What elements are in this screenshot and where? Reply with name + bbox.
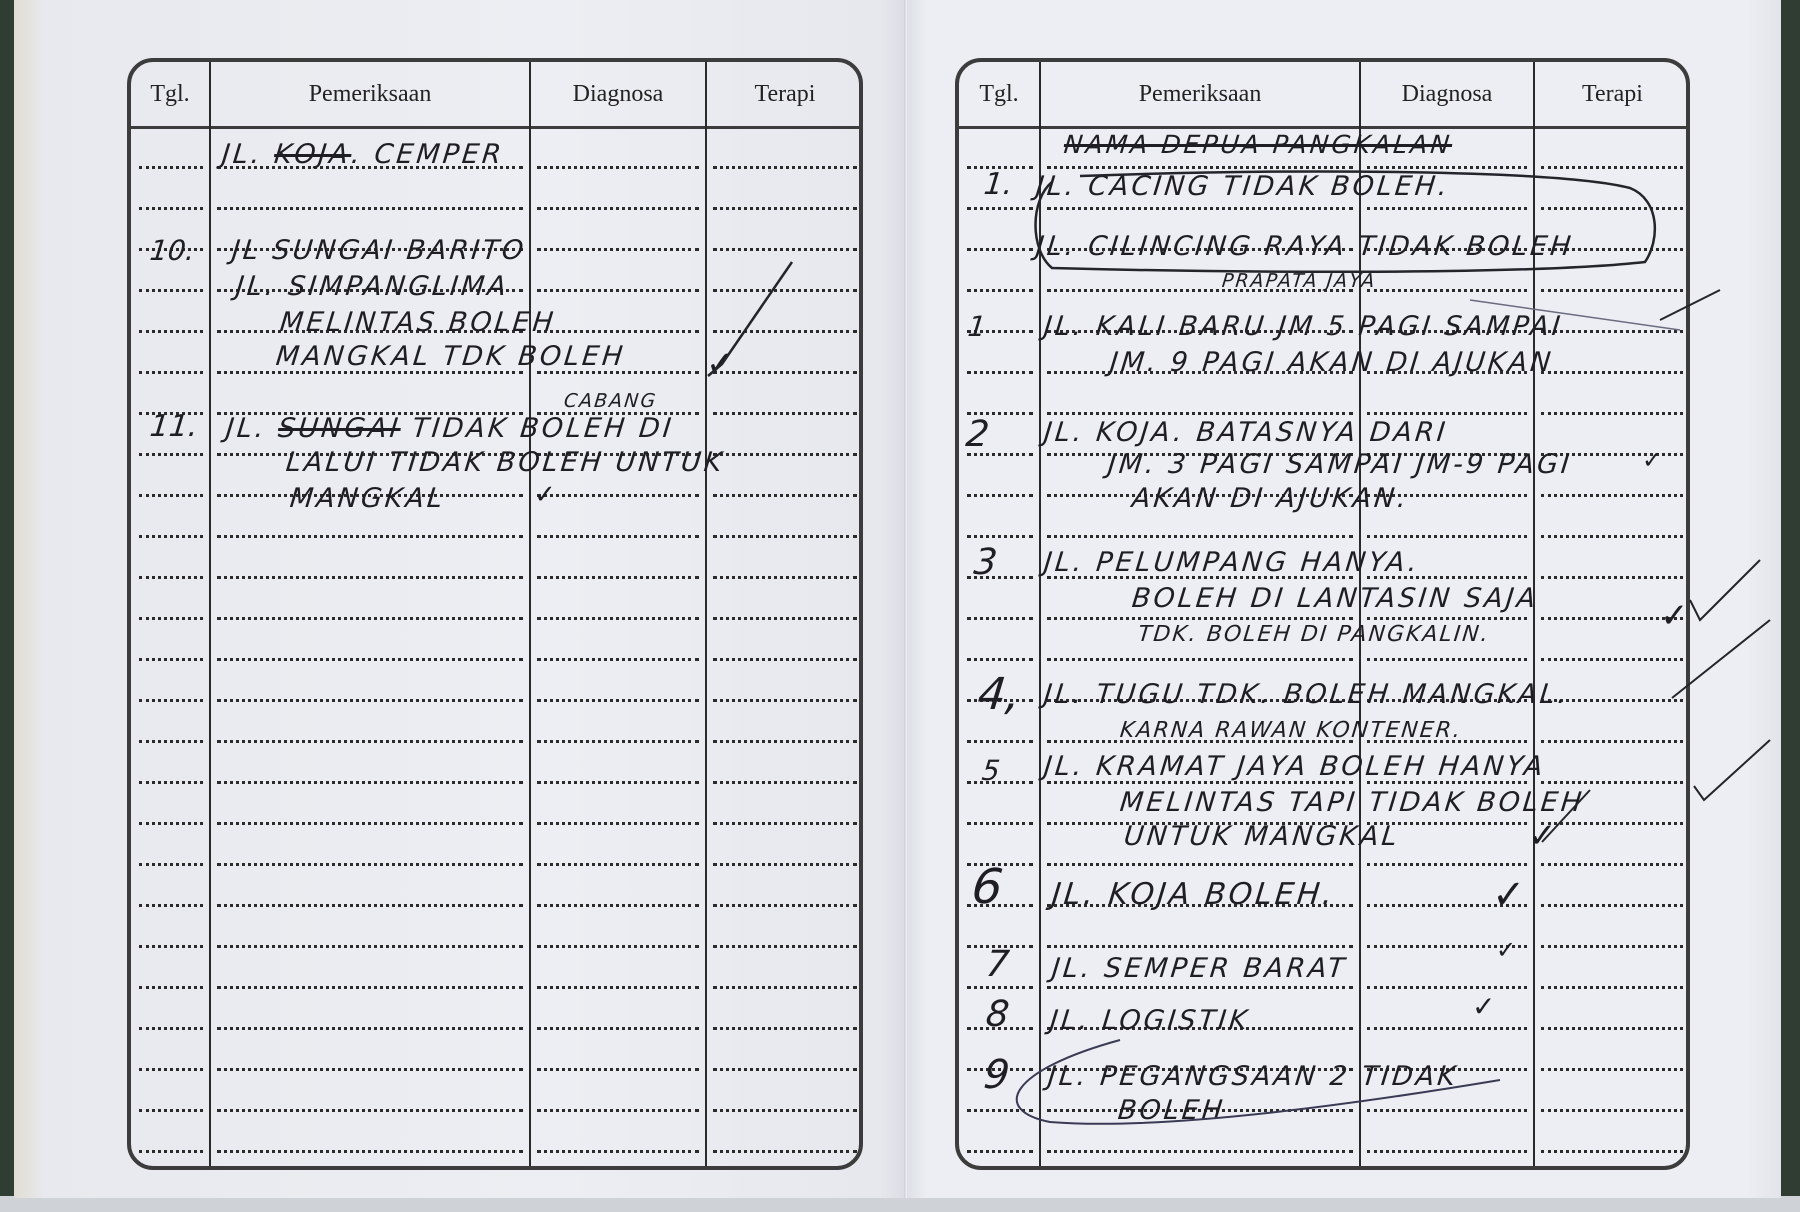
ruled-line	[1047, 658, 1353, 661]
ruled-line	[537, 494, 699, 497]
table-header: Tgl. Pemeriksaan Diagnosa Terapi	[959, 62, 1686, 129]
ruled-line	[1047, 1150, 1353, 1153]
ruled-line	[1541, 576, 1683, 579]
handwritten-line: JL. TUGU TDK. BOLEH MANGKAL.	[1042, 680, 1570, 710]
ruled-line	[713, 576, 857, 579]
ruled-line	[1541, 822, 1683, 825]
ruled-line	[1367, 535, 1527, 538]
handwritten-text: . CEMPER	[350, 139, 506, 170]
ruled-line	[1541, 412, 1683, 415]
entry-date: 10.	[148, 236, 196, 266]
check-mark: ✓	[706, 344, 735, 384]
ruled-line	[967, 822, 1033, 825]
ruled-line	[139, 658, 203, 661]
ruled-line	[713, 248, 857, 251]
ruled-line	[1367, 412, 1527, 415]
handwritten-text: JL.	[220, 139, 264, 170]
struck-text: SUNGAI	[277, 413, 403, 444]
table-header: Tgl. Pemeriksaan Diagnosa Terapi	[131, 62, 859, 129]
ruled-line	[537, 1150, 699, 1153]
ruled-line	[217, 1027, 523, 1030]
ruled-line	[139, 453, 203, 456]
ruled-line	[713, 945, 857, 948]
ruled-line	[713, 289, 857, 292]
ruled-line	[139, 330, 203, 333]
ruled-line	[537, 248, 699, 251]
check-mark: ✓	[1496, 936, 1516, 964]
ruled-line	[537, 740, 699, 743]
ruled-line	[1367, 986, 1527, 989]
ruled-line	[1047, 986, 1353, 989]
ruled-line	[1541, 1109, 1683, 1112]
ruled-line	[139, 822, 203, 825]
ruled-line	[1541, 986, 1683, 989]
ruled-line	[217, 699, 523, 702]
ruled-line	[1541, 289, 1683, 292]
check-mark: ✓	[1492, 872, 1526, 918]
handwritten-line: LALUI TIDAK BOLEH UNTUK	[284, 448, 726, 478]
handwritten-line: JL. CACING TIDAK BOLEH.	[1034, 172, 1451, 202]
column-header-pemeriksaan: Pemeriksaan	[1041, 62, 1359, 126]
ruled-line	[217, 822, 523, 825]
handwritten-line: UNTUK MANGKAL	[1122, 822, 1401, 852]
ruled-line	[217, 781, 523, 784]
ruled-line	[967, 494, 1033, 497]
handwritten-line: JL. KOJA. BATASNYA DARI	[1042, 418, 1449, 448]
ruled-line	[1541, 1150, 1683, 1153]
ruled-line	[713, 453, 857, 456]
handwritten-line: PRAPATA JAYA	[1220, 266, 1378, 296]
ledger-table-right: Tgl. Pemeriksaan Diagnosa Terapi	[955, 58, 1690, 1170]
handwritten-line: KARNA RAWAN KONTENER.	[1118, 716, 1463, 746]
ruled-line	[1367, 166, 1527, 169]
ruled-line	[537, 822, 699, 825]
ruled-line	[537, 986, 699, 989]
handwritten-line: BOLEH DI LANTASIN SAJA	[1130, 584, 1539, 614]
ruled-line	[139, 166, 203, 169]
check-mark: ✓	[1528, 816, 1557, 856]
handwritten-line: JL. KRAMAT JAYA BOLEH HANYA	[1042, 752, 1547, 782]
ruled-line	[1047, 207, 1353, 210]
ruled-line	[1541, 1068, 1683, 1071]
ruled-line	[217, 740, 523, 743]
ruled-line	[139, 740, 203, 743]
ruled-line	[139, 781, 203, 784]
column-header-pemeriksaan: Pemeriksaan	[211, 62, 529, 126]
struck-text: KOJA	[273, 139, 353, 170]
entry-date: 1.	[982, 170, 1014, 200]
ruled-line	[967, 371, 1033, 374]
handwritten-line: TDK. BOLEH DI PANGKALIN.	[1136, 620, 1491, 650]
handwritten-line: BOLEH	[1116, 1096, 1226, 1126]
ruled-line	[537, 781, 699, 784]
notebook-cover-edge	[0, 1196, 1800, 1212]
ruled-line	[1541, 863, 1683, 866]
ruled-line	[139, 617, 203, 620]
ruled-line	[1541, 781, 1683, 784]
ruled-line	[713, 904, 857, 907]
ruled-line	[1541, 494, 1683, 497]
handwritten-line: JL. PEGANGSAAN 2 TIDAK	[1046, 1062, 1459, 1092]
handwritten-line: JL. CILINCING RAYA TIDAK BOLEH	[1034, 232, 1575, 262]
ruled-line	[967, 658, 1033, 661]
ruled-line	[1541, 658, 1683, 661]
column-header-diagnosa: Diagnosa	[531, 62, 705, 126]
ruled-line	[217, 1068, 523, 1071]
ruled-line	[139, 1068, 203, 1071]
column-header-diagnosa: Diagnosa	[1361, 62, 1533, 126]
check-mark: ✓	[1472, 990, 1495, 1023]
ruled-line	[139, 863, 203, 866]
ruled-line	[537, 658, 699, 661]
column-header-terapi: Terapi	[1535, 62, 1690, 126]
handwritten-line: MELINTAS BOLEH	[278, 308, 557, 338]
ruled-line	[537, 863, 699, 866]
ruled-line	[139, 576, 203, 579]
ruled-line	[1367, 1109, 1527, 1112]
ruled-line	[537, 166, 699, 169]
entry-date: 7	[984, 950, 1010, 980]
check-mark: ✓	[1642, 446, 1662, 474]
handwritten-text: JL.	[224, 413, 268, 444]
ruled-line	[713, 330, 857, 333]
ruled-line	[713, 617, 857, 620]
ruled-line	[713, 1027, 857, 1030]
ruled-line	[537, 1027, 699, 1030]
column-divider	[1533, 62, 1535, 1166]
ruled-line	[713, 740, 857, 743]
ruled-line	[217, 658, 523, 661]
ruled-line	[537, 535, 699, 538]
ruled-line	[1541, 166, 1683, 169]
ruled-line	[217, 535, 523, 538]
ruled-line	[139, 1150, 203, 1153]
ruled-line	[967, 289, 1033, 292]
ruled-line	[1541, 371, 1683, 374]
entry-date: 2	[964, 420, 990, 450]
handwritten-line: JL. SEMPER BARAT	[1050, 954, 1348, 984]
ruled-line	[537, 207, 699, 210]
ruled-line	[537, 945, 699, 948]
entry-date: 11.	[148, 412, 199, 442]
ruled-line	[1367, 1027, 1527, 1030]
handwritten-line: JL. SIMPANGLIMA	[234, 272, 510, 302]
ruled-line	[967, 617, 1033, 620]
ruled-line	[217, 207, 523, 210]
entry-date: 1	[966, 312, 987, 342]
ruled-line	[537, 330, 699, 333]
ruled-line	[1367, 289, 1527, 292]
handwritten-line: JM. 9 PAGI AKAN DI AJUKAN	[1108, 348, 1555, 378]
ruled-line	[217, 1150, 523, 1153]
ruled-line	[1047, 863, 1353, 866]
ruled-line	[967, 986, 1033, 989]
handwritten-line: MANGKAL TDK BOLEH	[274, 342, 627, 372]
entry-date: 5	[980, 756, 1001, 786]
ruled-line	[139, 1027, 203, 1030]
ruled-line	[1367, 207, 1527, 210]
ruled-line	[139, 535, 203, 538]
check-mark: ✓	[534, 480, 556, 510]
ruled-line	[139, 371, 203, 374]
ruled-line	[217, 1109, 523, 1112]
ruled-line	[967, 207, 1033, 210]
ruled-line	[537, 904, 699, 907]
ruled-line	[139, 1109, 203, 1112]
ruled-line	[217, 576, 523, 579]
ruled-line	[139, 699, 203, 702]
entry-date: 8	[984, 1000, 1010, 1030]
ruled-line	[1367, 1150, 1527, 1153]
ruled-line	[217, 986, 523, 989]
ruled-line	[967, 740, 1033, 743]
handwritten-line: JL SUNGAI BARITO	[230, 236, 527, 266]
ruled-line	[139, 494, 203, 497]
ruled-line	[1541, 740, 1683, 743]
ruled-line	[537, 576, 699, 579]
handwritten-line: AKAN DI AJUKAN.	[1130, 484, 1410, 514]
struck-heading: NAMA DEPUA PANGKALAN	[1062, 130, 1453, 160]
ruled-line	[1541, 945, 1683, 948]
ruled-line	[713, 166, 857, 169]
column-header-terapi: Terapi	[707, 62, 863, 126]
ruled-line	[139, 289, 203, 292]
ruled-line	[713, 863, 857, 866]
ruled-line	[139, 945, 203, 948]
ruled-line	[713, 494, 857, 497]
ruled-line	[967, 1109, 1033, 1112]
handwritten-line: MANGKAL	[288, 484, 446, 514]
inserted-word: CABANG	[562, 386, 658, 416]
ruled-line	[967, 1150, 1033, 1153]
handwritten-line: MELINTAS TAPI TIDAK BOLEH	[1118, 788, 1585, 818]
ruled-line	[1047, 412, 1353, 415]
column-header-tgl: Tgl.	[959, 62, 1039, 126]
ruled-line	[713, 535, 857, 538]
ruled-line	[1047, 535, 1353, 538]
ruled-line	[713, 986, 857, 989]
ruled-line	[217, 617, 523, 620]
ruled-line	[1047, 166, 1353, 169]
ruled-line	[713, 658, 857, 661]
ruled-line	[713, 1068, 857, 1071]
handwritten-text: TIDAK BOLEH DI	[411, 413, 676, 444]
column-divider	[705, 62, 707, 1166]
entry-date: 3	[972, 548, 998, 578]
ruled-line	[139, 904, 203, 907]
handwritten-line: JL. KOJA BOLEH.	[1050, 880, 1336, 910]
entry-date: 9	[982, 1060, 1011, 1090]
ruled-line	[217, 904, 523, 907]
ruled-line	[1367, 658, 1527, 661]
ruled-line	[217, 863, 523, 866]
ruled-line	[713, 1150, 857, 1153]
ruled-line	[967, 535, 1033, 538]
ruled-line	[713, 207, 857, 210]
handwritten-line: JM. 3 PAGI SAMPAI JM-9 PAGI	[1106, 450, 1573, 480]
ruled-line	[537, 1068, 699, 1071]
ruled-line	[713, 781, 857, 784]
handwritten-line: JL. LOGISTIK	[1048, 1006, 1251, 1036]
entry-date: 6	[970, 872, 1004, 902]
ledger-table-left: Tgl. Pemeriksaan Diagnosa Terapi	[127, 58, 863, 1170]
ruled-line	[537, 699, 699, 702]
ruled-line	[1541, 207, 1683, 210]
ruled-line	[967, 781, 1033, 784]
ruled-line	[1047, 945, 1353, 948]
ruled-line	[217, 945, 523, 948]
handwritten-line: JL. PELUMPANG HANYA.	[1042, 548, 1421, 578]
column-divider	[529, 62, 531, 1166]
ruled-line	[139, 986, 203, 989]
ruled-line	[1541, 535, 1683, 538]
ruled-line	[713, 822, 857, 825]
ruled-line	[1541, 1027, 1683, 1030]
column-header-tgl: Tgl.	[131, 62, 209, 126]
ruled-line	[537, 1109, 699, 1112]
entry-date: 4,	[976, 680, 1021, 710]
ruled-line	[537, 617, 699, 620]
column-divider	[1359, 62, 1361, 1166]
ruled-line	[1541, 904, 1683, 907]
check-mark: ✓	[1660, 596, 1689, 636]
ruled-line	[713, 1109, 857, 1112]
ruled-line	[713, 412, 857, 415]
column-divider	[1039, 62, 1041, 1166]
ruled-line	[967, 248, 1033, 251]
ruled-line	[1367, 863, 1527, 866]
column-divider	[209, 62, 211, 1166]
ruled-line	[537, 289, 699, 292]
ruled-line	[713, 699, 857, 702]
handwritten-line: JL. KALI BARU JM 5 PAGI SAMPAI	[1042, 312, 1564, 342]
ruled-line	[139, 207, 203, 210]
ruled-line	[713, 371, 857, 374]
